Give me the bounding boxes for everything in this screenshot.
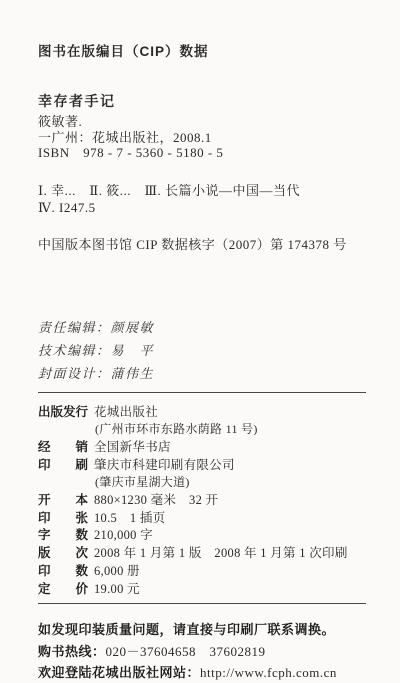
editor-name: 蒲伟生 bbox=[111, 366, 155, 381]
hotline-line: 购书热线：020－37604658 37602819 bbox=[38, 641, 366, 663]
editors-block: 责任编辑：颜展敏 技术编辑：易 平 封面设计：蒲伟生 bbox=[38, 316, 366, 385]
row-label: 印 刷 bbox=[38, 457, 94, 475]
row-value: 6,000 册 bbox=[94, 564, 140, 578]
copyright-page: 图书在版编目（CIP）数据 幸存者手记 筱敏著. 一广州：花城出版社，2008.… bbox=[0, 0, 400, 683]
hotline-label: 购书热线： bbox=[38, 644, 106, 659]
cip-header: 图书在版编目（CIP）数据 bbox=[38, 40, 366, 60]
website-url: http://www.fcph.com.cn bbox=[200, 665, 337, 680]
row-value: 2008 年 1 月第 1 版 2008 年 1 月第 1 次印刷 bbox=[94, 546, 348, 560]
row-label: 印 数 bbox=[38, 563, 94, 581]
editor-row-cover-design: 封面设计：蒲伟生 bbox=[38, 362, 366, 385]
row-value: 19.00 元 bbox=[94, 582, 140, 596]
row-value: 880×1230 毫米 32 开 bbox=[94, 493, 218, 507]
colophon-row-sheets: 印 张10.5 1 插页 bbox=[38, 510, 366, 528]
cip-block: 幸存者手记 筱敏著. 一广州：花城出版社，2008.1 ISBN 978 - 7… bbox=[38, 91, 366, 161]
classification-block: Ⅰ. 幸... Ⅱ. 筱... Ⅲ. 长篇小说—中国—当代 Ⅳ. I247.5 bbox=[38, 182, 366, 216]
row-value: 10.5 1 插页 bbox=[94, 511, 165, 525]
row-value: 全国新华书店 bbox=[94, 440, 171, 454]
row-label: 印 张 bbox=[38, 510, 94, 528]
quality-notice: 如发现印装质量问题，请直接与印刷厂联系调换。 bbox=[38, 619, 366, 641]
row-label: 字 数 bbox=[38, 527, 94, 545]
colophon-row-print-run: 印 数6,000 册 bbox=[38, 563, 366, 581]
author-line: 筱敏著. bbox=[38, 114, 366, 130]
isbn-line: ISBN 978 - 7 - 5360 - 5180 - 5 bbox=[38, 145, 366, 161]
horizontal-rule-top bbox=[38, 392, 366, 393]
editor-name: 颜展敏 bbox=[111, 320, 155, 335]
book-title: 幸存者手记 bbox=[38, 91, 366, 111]
editor-name: 易 平 bbox=[111, 343, 155, 358]
editor-row-responsible: 责任编辑：颜展敏 bbox=[38, 316, 366, 339]
colophon-row-price: 定 价19.00 元 bbox=[38, 581, 366, 599]
editor-label: 封面设计： bbox=[38, 366, 111, 381]
row-label: 版 次 bbox=[38, 545, 94, 563]
row-value: 肇庆市科建印刷有限公司 bbox=[94, 458, 235, 472]
colophon-row-distribution: 经 销全国新华书店 bbox=[38, 439, 366, 457]
colophon-row-publisher: 出版发行花城出版社 bbox=[38, 404, 366, 422]
horizontal-rule-bottom bbox=[38, 603, 366, 604]
editor-label: 技术编辑： bbox=[38, 343, 111, 358]
printer-address: (肇庆市星湖大道) bbox=[95, 474, 366, 492]
row-label: 经 销 bbox=[38, 439, 94, 457]
cip-record: 中国版本图书馆 CIP 数据核字（2007）第 174378 号 bbox=[38, 234, 366, 253]
hotline-numbers: 020－37604658 37602819 bbox=[106, 644, 266, 659]
publisher-address: (广州市环市东路水荫路 11 号) bbox=[95, 421, 366, 439]
colophon-row-format: 开 本880×1230 毫米 32 开 bbox=[38, 492, 366, 510]
row-value: 210,000 字 bbox=[94, 528, 153, 542]
footer-block: 如发现印装质量问题，请直接与印刷厂联系调换。 购书热线：020－37604658… bbox=[38, 619, 366, 683]
row-label: 定 价 bbox=[38, 581, 94, 599]
colophon-row-printer: 印 刷肇庆市科建印刷有限公司 bbox=[38, 457, 366, 475]
row-label: 开 本 bbox=[38, 492, 94, 510]
classification-line-1: Ⅰ. 幸... Ⅱ. 筱... Ⅲ. 长篇小说—中国—当代 bbox=[38, 182, 366, 199]
publication-line: 一广州：花城出版社，2008.1 bbox=[38, 130, 366, 146]
editor-label: 责任编辑： bbox=[38, 320, 111, 335]
website-line: 欢迎登陆花城出版社网站：http://www.fcph.com.cn bbox=[38, 662, 366, 683]
colophon-row-edition: 版 次2008 年 1 月第 1 版 2008 年 1 月第 1 次印刷 bbox=[38, 545, 366, 563]
colophon-block: 出版发行花城出版社 (广州市环市东路水荫路 11 号) 经 销全国新华书店 印 … bbox=[38, 404, 366, 599]
website-label: 欢迎登陆花城出版社网站： bbox=[38, 665, 200, 680]
classification-line-2: Ⅳ. I247.5 bbox=[38, 199, 366, 216]
row-label: 出版发行 bbox=[38, 404, 94, 422]
editor-row-technical: 技术编辑：易 平 bbox=[38, 339, 366, 362]
row-value: 花城出版社 bbox=[94, 405, 158, 419]
colophon-row-word-count: 字 数210,000 字 bbox=[38, 527, 366, 545]
